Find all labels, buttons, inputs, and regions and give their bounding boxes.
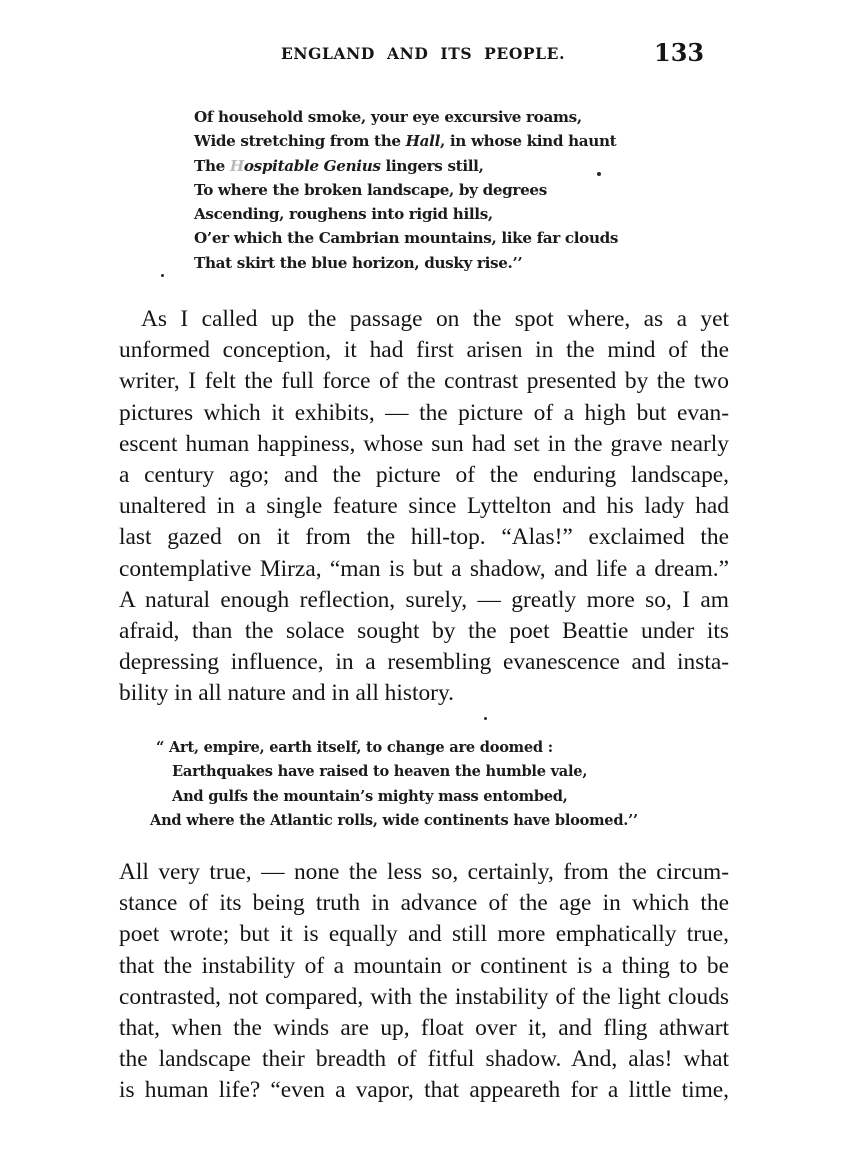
paragraph-line: that, when the winds are up, float over … [119,1013,729,1044]
paragraph-line: depressing influence, in a resembling ev… [119,647,729,678]
scan-speck-artifact [597,172,601,176]
paragraph-line: escent human happiness, whose sun had se… [119,429,729,460]
paragraph-line: As I called up the passage on the spot w… [119,304,729,335]
paragraph-line: unformed conception, it had first arisen… [119,335,729,366]
paragraph-line: stance of its being truth in advance of … [119,888,729,919]
verse-italic-text: Hall [406,132,440,150]
verse-faded-initial: H [230,157,244,175]
verse-quotation-lyttelton: Of household smoke, your eye excursive r… [194,105,618,275]
verse-line: Earthquakes have raised to heaven the hu… [150,760,638,784]
verse-line: That skirt the blue horizon, dusky rise.… [194,251,618,275]
paragraph-line: contemplative Mirza, “man is but a shado… [119,554,729,585]
verse-line: O’er which the Cambrian mountains, like … [194,226,618,250]
verse-line: Of household smoke, your eye excursive r… [194,105,618,129]
verse-text: The [194,157,230,175]
verse-line: Ascending, roughens into rigid hills, [194,202,618,226]
verse-line: And gulfs the mountain’s mighty mass ent… [150,785,638,809]
paragraph-line: A natural enough reflection, surely, — g… [119,585,729,616]
page-number: 133 [654,38,704,67]
paragraph-line: bility in all nature and in all history. [119,678,729,709]
verse-quotation-beattie: “ Art, empire, earth itself, to change a… [150,736,638,833]
scan-speck-artifact [161,274,164,277]
paragraph-contrast: As I called up the passage on the spot w… [119,304,729,709]
paragraph-line: that the instability of a mountain or co… [119,951,729,982]
scan-speck-artifact [484,717,487,720]
paragraph-line: writer, I felt the full force of the con… [119,366,729,397]
paragraph-line: pictures which it exhibits, — the pictur… [119,398,729,429]
paragraph-instability: All very true, — none the less so, certa… [119,857,729,1107]
running-header-title: ENGLAND AND ITS PEOPLE. [281,44,565,63]
verse-line: “ Art, empire, earth itself, to change a… [150,736,638,760]
paragraph-line: the landscape their breadth of fitful sh… [119,1044,729,1075]
book-page: ENGLAND AND ITS PEOPLE. 133 Of household… [0,0,850,1150]
verse-line: And where the Atlantic rolls, wide conti… [150,809,638,833]
verse-text: , in whose kind haunt [440,132,616,150]
paragraph-line: afraid, than the solace sought by the po… [119,616,729,647]
paragraph-line: last gazed on it from the hill-top. “Ala… [119,522,729,553]
verse-text: Wide stretching from the [194,132,406,150]
paragraph-line: contrasted, not compared, with the insta… [119,982,729,1013]
paragraph-line: poet wrote; but it is equally and still … [119,919,729,950]
verse-text: lingers still, [381,157,484,175]
paragraph-line: a century ago; and the picture of the en… [119,460,729,491]
verse-line: Wide stretching from the Hall, in whose … [194,129,618,153]
paragraph-line: is human life? “even a vapor, that appea… [119,1075,729,1106]
verse-line: The Hospitable Genius lingers still, [194,154,618,178]
verse-italic-text: ospitable Genius [244,157,381,175]
paragraph-line: All very true, — none the less so, certa… [119,857,729,888]
paragraph-line: unaltered in a single feature since Lytt… [119,491,729,522]
verse-line: To where the broken landscape, by degree… [194,178,618,202]
